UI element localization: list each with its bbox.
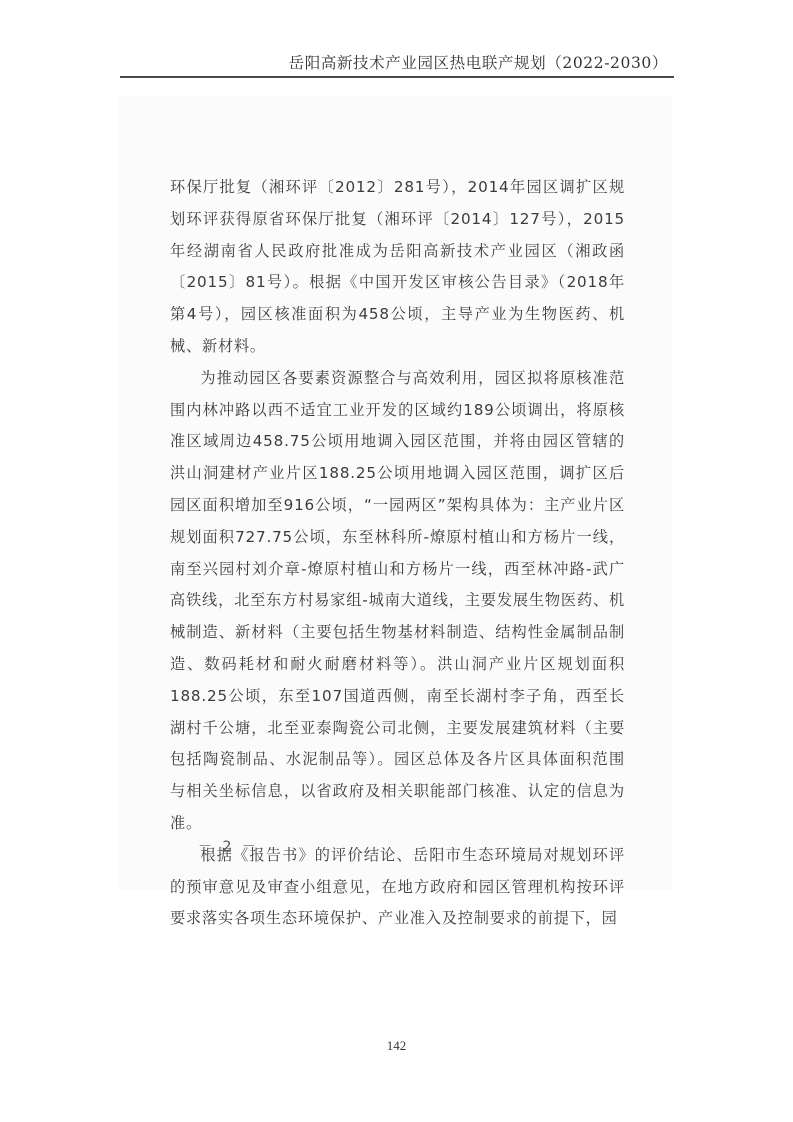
paragraph-approval-history: 环保厅批复（湘环评〔2012〕281号），2014年园区调扩区规划环评获得原省环… <box>170 172 625 363</box>
scanned-body-text: 环保厅批复（湘环评〔2012〕281号），2014年园区调扩区规划环评获得原省环… <box>170 172 625 935</box>
scanned-page-image: 环保厅批复（湘环评〔2012〕281号），2014年园区调扩区规划环评获得原省环… <box>118 96 672 890</box>
page-number: 142 <box>0 1038 793 1054</box>
scanned-page-label: － 2 － <box>198 836 259 856</box>
running-header: 岳阳高新技术产业园区热电联产规划（2022-2030） <box>120 52 674 78</box>
paragraph-park-adjustment: 为推动园区各要素资源整合与高效利用，园区拟将原核准范围内林冲路以西不适宜工业开发… <box>170 363 625 840</box>
document-title: 岳阳高新技术产业园区热电联产规划（2022-2030） <box>289 51 668 73</box>
